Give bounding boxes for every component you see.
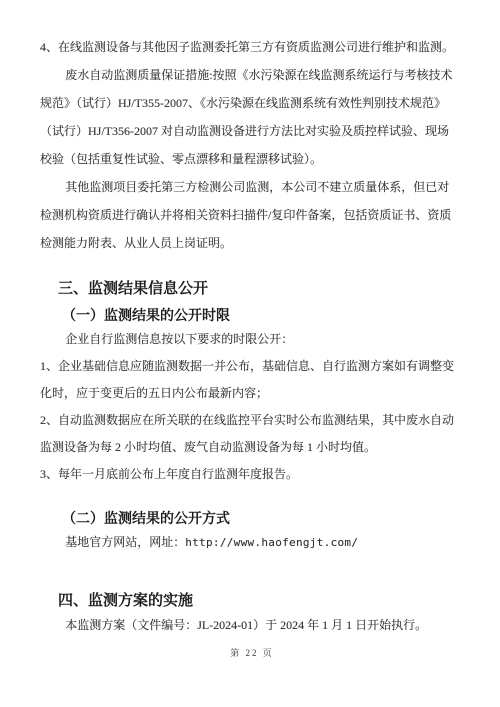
paragraph-wastewater-qa: 废水自动监测质量保证措施:按照《水污染源在线监测系统运行与考核技术 规范》（试行… xyxy=(40,61,464,173)
document-page: 4、在线监测设备与其他因子监测委托第三方有资质监测公司进行维护和监测。 废水自动… xyxy=(0,0,500,707)
section-4-heading: 四、监测方案的实施 xyxy=(58,590,464,612)
website-url-link[interactable]: http://www.haofengjt.com/ xyxy=(185,536,358,549)
list-item-3: 3、每年一月底前公布上年度自行监测年度报告。 xyxy=(40,461,464,488)
list-item-1: 1、企业基础信息应随监测数据一并公布，基础信息、自行监测方案如有调整变 化时，应… xyxy=(40,353,464,407)
list-item-4: 4、在线监测设备与其他因子监测委托第三方有资质监测公司进行维护和监测。 xyxy=(40,33,464,61)
section-3-heading: 三、监测结果信息公开 xyxy=(58,278,464,300)
subsection-3-2-heading: （二）监测结果的公开方式 xyxy=(62,507,464,529)
paragraph-disclosure-intro: 企业自行监测信息按以下要求的时限公开： xyxy=(40,326,464,353)
paragraph-implementation: 本监测方案（文件编号：JL-2024-01）于 2024 年 1 月 1 日开始… xyxy=(40,612,464,639)
website-label: 基地官方网站，网址： xyxy=(65,535,185,549)
paragraph-website: 基地官方网站，网址：http://www.haofengjt.com/ xyxy=(40,529,464,556)
paragraph-other-projects: 其他监测项目委托第三方检测公司监测，本公司不建立质量体系，但已对 检测机构资质进… xyxy=(40,173,464,257)
subsection-3-1-heading: （一）监测结果的公开时限 xyxy=(62,304,464,326)
page-number: 第 22 页 xyxy=(40,647,464,659)
list-item-2: 2、自动监测数据应在所关联的在线监控平台实时公布监测结果，其中废水自动 监测设备… xyxy=(40,407,464,461)
